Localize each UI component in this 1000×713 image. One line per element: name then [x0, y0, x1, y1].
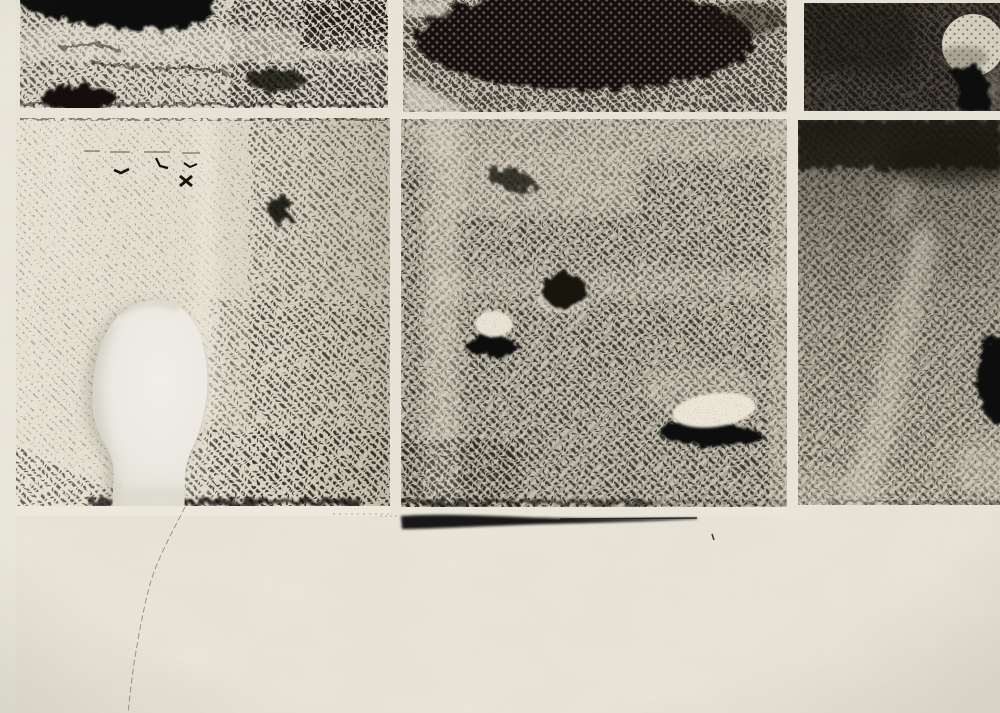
scan-vignette — [0, 0, 1000, 713]
collage-page — [0, 0, 1000, 713]
collage-art — [0, 0, 1000, 713]
